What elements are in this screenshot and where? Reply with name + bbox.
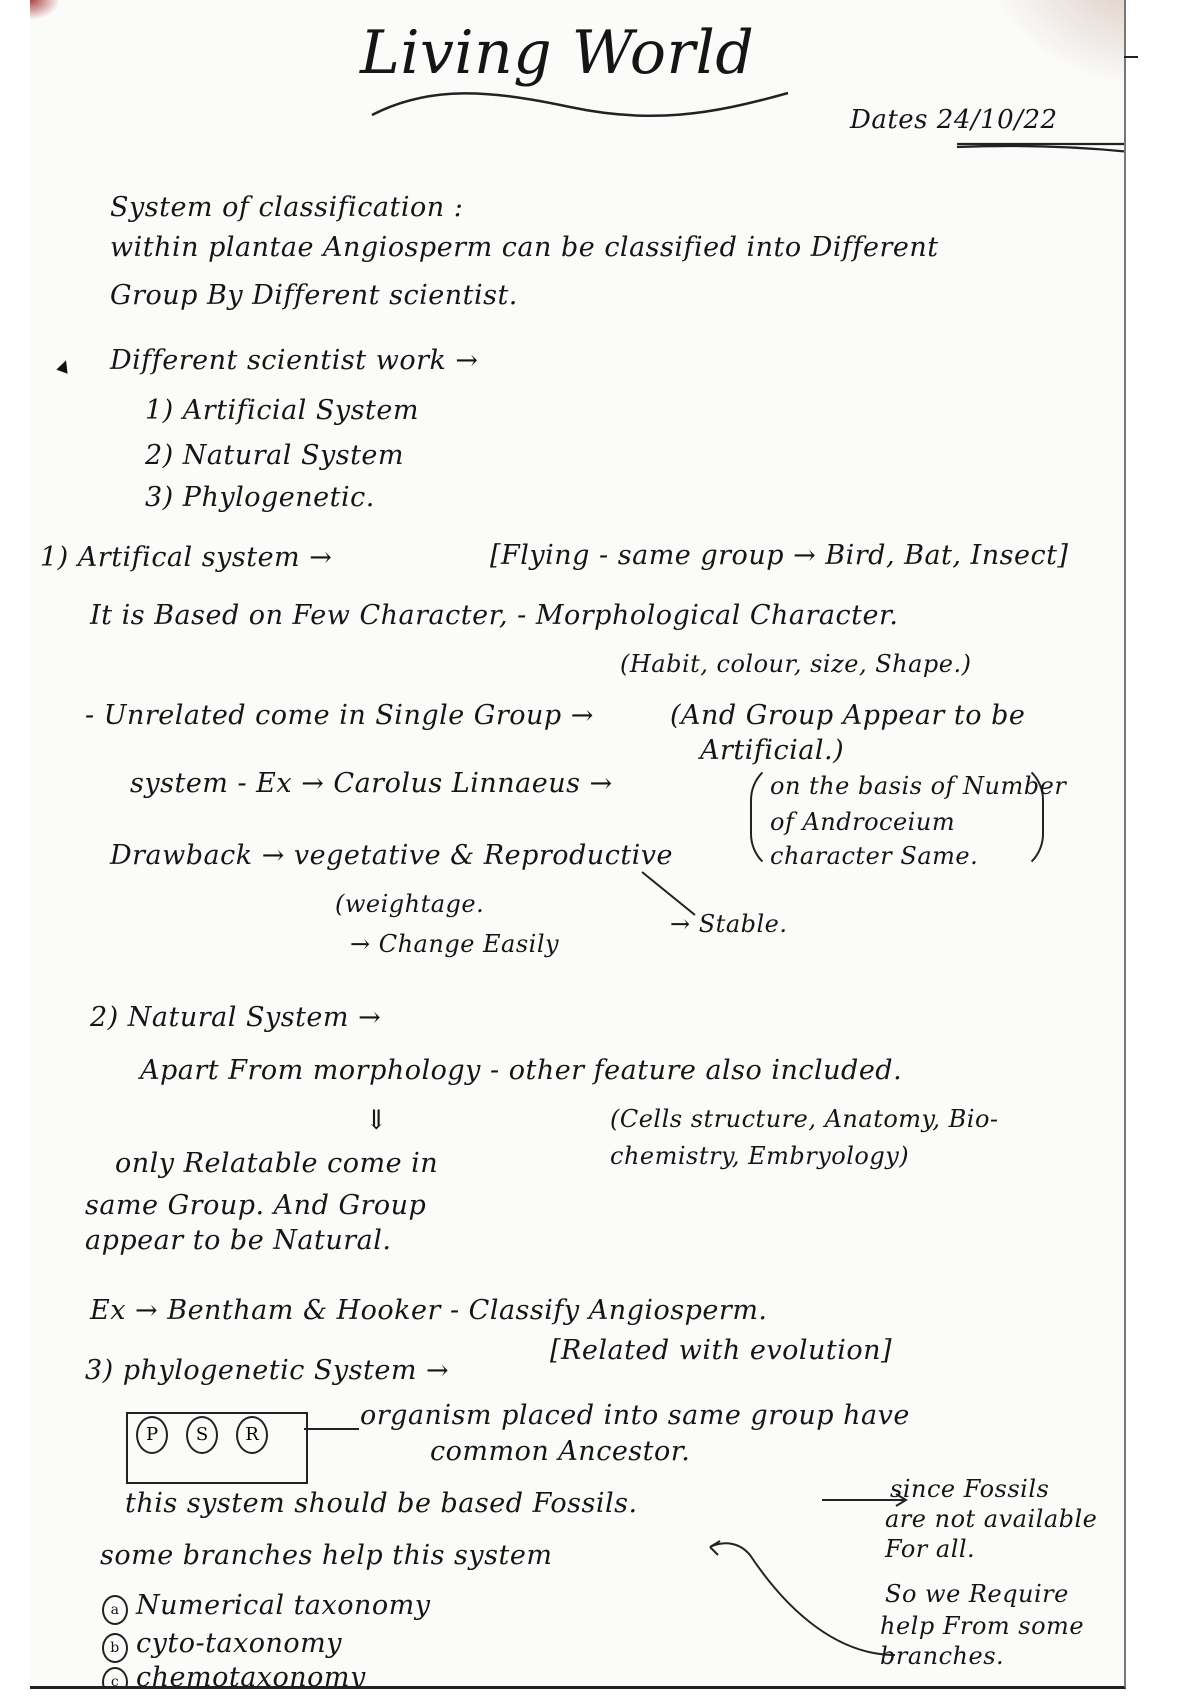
group-note-1: (And Group Appear to be [670, 700, 1025, 731]
overview-item-3: 3) Phylogenetic. [145, 482, 375, 513]
notebook-page: Living World Dates 24/10/22 System of cl… [30, 0, 1126, 1689]
side-note-6: branches. [880, 1642, 1004, 1670]
phylogenetic-line-3: this system should be based Fossils. [125, 1488, 638, 1519]
circle-s: S [186, 1416, 218, 1454]
artificial-example: system - Ex → Carolus Linnaeus → [130, 768, 613, 799]
intro-heading: System of classification : [110, 192, 463, 223]
overview-heading: Different scientist work → [110, 345, 479, 376]
weightage-note: (weightage. [335, 890, 484, 918]
branch-item-1: aNumerical taxonomy [102, 1590, 431, 1625]
artificial-bracket-note: [Flying - same group → Bird, Bat, Insect… [490, 540, 1068, 571]
branch-item-2: bcyto-taxonomy [102, 1628, 342, 1663]
drawback-line: Drawback → vegetative & Reproductive [110, 840, 673, 871]
natural-heading: 2) Natural System → [90, 1002, 381, 1033]
natural-line-4: appear to be Natural. [85, 1225, 391, 1256]
linnaeus-note-3: character Same. [770, 842, 978, 870]
phylogenetic-bracket-note: [Related with evolution] [550, 1335, 892, 1366]
natural-line-2: only Relatable come in [115, 1148, 438, 1179]
psr-connector-line [304, 1428, 359, 1430]
side-note-1: since Fossils [890, 1475, 1049, 1503]
branch-marker-b: b [102, 1633, 128, 1663]
phylogenetic-line-1: organism placed into same group have [360, 1400, 910, 1431]
side-note-4: So we Require [885, 1580, 1069, 1608]
page-title: Living World [360, 18, 754, 88]
change-note: → Change Easily [350, 930, 559, 958]
side-note-3: For all. [885, 1535, 975, 1563]
artificial-line-2: - Unrelated come in Single Group → [85, 700, 594, 731]
side-note-5: help From some [880, 1612, 1084, 1640]
overview-item-2: 2) Natural System [145, 440, 404, 471]
linnaeus-note-2: of Androceium [770, 808, 955, 836]
natural-line-1: Apart From morphology - other feature al… [140, 1055, 902, 1086]
branch-item-3: cchemotaxonomy [102, 1662, 366, 1689]
natural-features-2: chemistry, Embryology) [610, 1142, 909, 1170]
circle-r: R [236, 1416, 268, 1454]
phylogenetic-line-4: some branches help this system [100, 1540, 552, 1571]
natural-example: Ex → Bentham & Hooker - Classify Angiosp… [90, 1295, 768, 1326]
psr-box: PSR [126, 1412, 308, 1484]
linnaeus-note-1: on the basis of Number [770, 772, 1066, 800]
date-underline [955, 138, 1126, 158]
intro-line-1: within plantae Angiosperm can be classif… [110, 232, 939, 263]
branch-label: chemotaxonomy [136, 1662, 366, 1689]
natural-features-1: (Cells structure, Anatomy, Bio- [610, 1105, 999, 1133]
date-label: Dates 24/10/22 [850, 105, 1058, 135]
phylogenetic-heading: 3) phylogenetic System → [85, 1355, 449, 1386]
artificial-line-1: It is Based on Few Character, - Morpholo… [90, 600, 898, 631]
natural-down-arrow: ⇓ [365, 1105, 388, 1136]
bullet-icon [56, 358, 71, 373]
side-note-2: are not available [885, 1505, 1097, 1533]
natural-line-3: same Group. And Group [85, 1190, 426, 1221]
crop-mark-right [1124, 56, 1138, 58]
phylogenetic-line-2: common Ancestor. [430, 1436, 690, 1467]
circle-p: P [136, 1416, 168, 1454]
title-underline [370, 85, 790, 125]
help-arrow-icon [670, 1535, 900, 1665]
branch-label: cyto-taxonomy [136, 1628, 342, 1659]
branch-marker-a: a [102, 1595, 128, 1625]
artificial-traits: (Habit, colour, size, Shape.) [620, 650, 971, 678]
branch-marker-c: c [102, 1667, 128, 1689]
overview-item-1: 1) Artificial System [145, 395, 419, 426]
artificial-heading: 1) Artifical system → [40, 542, 332, 573]
intro-line-2: Group By Different scientist. [110, 280, 518, 311]
stable-arrow-icon [640, 870, 700, 920]
branch-label: Numerical taxonomy [136, 1590, 431, 1621]
